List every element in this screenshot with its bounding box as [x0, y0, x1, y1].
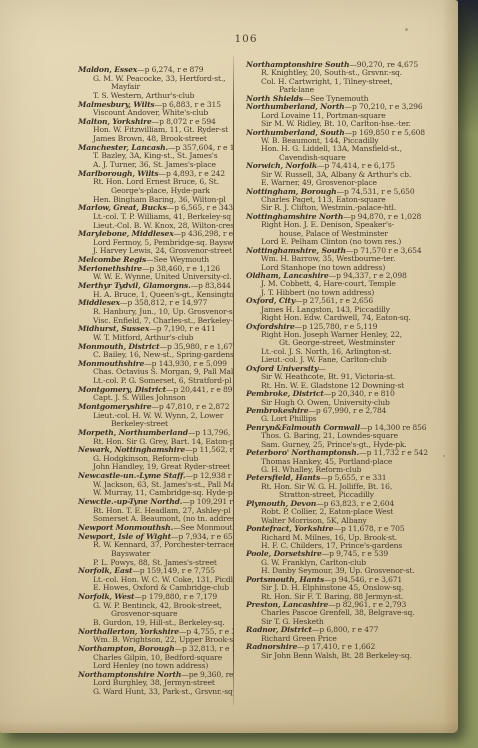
- member-address-line: G. Hodgkinson, Reform-club: [78, 455, 233, 464]
- constituency-stats: —p 20,340, r e 810: [324, 390, 395, 398]
- paper-speck: [443, 455, 445, 457]
- constituency-entry-line: Preston, Lancashire—p 82,961, r e 2,793: [246, 601, 456, 609]
- constituency-name: Oxford, City: [246, 297, 295, 305]
- constituency-stats: —p 159,149, r e 7,755: [132, 567, 215, 575]
- member-address-line: Charles Gilpin, 10, Bedford-square: [78, 654, 233, 663]
- member-address-line: Viscount Andover, White's-club: [78, 109, 233, 118]
- constituency-name: Portsmouth, Hants: [246, 576, 324, 584]
- constituency-stats: —p 35,980, r e 1,676: [160, 343, 234, 351]
- member-address-line: Hen. Bingham Baring, 36, Wilton-pl: [78, 196, 233, 205]
- member-address-line: Lieut.-col. J. W. Fane, Carlton-club: [246, 356, 456, 364]
- constituency-entry-line: Midhurst, Sussex—p 7,190, r e 411: [78, 325, 233, 334]
- member-address-line: C. Bailey, 16, New-st., Spring-gardens: [78, 351, 233, 360]
- member-address-line: Right Hon. Edw. Cardwell, 74, Eaton-sq.: [246, 314, 456, 322]
- member-address-line: Mayfair: [78, 83, 233, 92]
- member-address-line: Rt. Hon. Sir F. T. Baring, 88 Jermyn-st.: [246, 593, 456, 601]
- constituency-stats: —p 20,441, r e 899: [166, 386, 233, 394]
- member-address-line: Somerset A. Beaumont, (no tn. address: [78, 515, 233, 524]
- constituency-name: Oxfordshire: [246, 323, 295, 331]
- member-address-line: George's-place, Hyde-park: [78, 187, 233, 196]
- member-address-line: Rt. Hn. W. E. Gladstone 12 Downing-st: [246, 382, 456, 390]
- member-address-line: Lord Lovaine 11, Portman-square: [246, 112, 456, 120]
- constituency-stats: —p 6,565, r e 343: [167, 204, 233, 212]
- member-address-line: Rt. Hon. Sir G. Grey, Bart. 14, Eaton-pl: [78, 438, 233, 447]
- member-address-line: Bayswater: [78, 550, 233, 559]
- constituency-name: Nottingham, Borough: [246, 188, 337, 196]
- constituency-entry-line: Petersfield, Hants—p 5,655, r e 331: [246, 474, 456, 482]
- constituency-stats: —p 169,850 r e 5,608: [345, 129, 425, 137]
- constituency-stats: —p 94,337, r e 2,098: [329, 272, 407, 280]
- constituency-entry-line: Manchester, Lancash.—p 357,604, r e 18,0…: [78, 144, 233, 153]
- constituency-stats: —p 6,274, r e 879: [137, 66, 203, 74]
- member-address-line: Thomas Hankey, 45, Portland-place: [246, 458, 456, 466]
- member-address-line: H. A. Bruce, 1, Queen's-gt., Kensington: [78, 291, 233, 300]
- constituency-entry-line: Pontefract, Yorkshire—p 11,678, r e 705: [246, 525, 456, 533]
- member-address-line: Hon. H. G. Liddell, 13A, Mansfield-st.,: [246, 145, 456, 153]
- constituency-stats: —p 4,893, r e 242: [159, 170, 225, 178]
- member-address-line: P. L. Powys, 88, St. James's-street: [78, 559, 233, 568]
- constituency-entry-line: North Shields—See Tynemouth: [246, 95, 456, 103]
- constituency-entry-line: Northamptonshire South—90,270, re 4,675: [246, 61, 456, 69]
- member-address-line: Charles Pascoe Grenfell, 38, Belgrave-sq…: [246, 609, 456, 617]
- member-address-line: W. T. Mitford, Arthur's-club: [78, 334, 233, 343]
- constituency-stats: —p 358,812, r e 14,977: [120, 299, 207, 307]
- constituency-name: Plymouth, Devon: [246, 500, 316, 508]
- constituency-stats: —p 11,562, r e 76: [185, 446, 233, 454]
- constituency-stats: —p 13,796, re 39: [188, 429, 233, 437]
- constituency-entry-line: Newport Monmouthsh.—See Monmouth Dis: [78, 524, 233, 533]
- paper-speck: [405, 28, 408, 31]
- constituency-entry-line: Oldham, Lancashire—p 94,337, r e 2,098: [246, 272, 456, 280]
- constituency-name: Newcastle-un.-Lyme Staff.: [78, 472, 185, 480]
- member-address-line: T. S. Western, Arthur's-club: [78, 92, 233, 101]
- constituency-entry-line: Marlborough, Wilts—p 4,893, r e 242: [78, 170, 233, 179]
- member-address-line: T. Bazley, 3A, King-st., St. James's: [78, 152, 233, 161]
- constituency-name: Pontefract, Yorkshire: [246, 525, 334, 533]
- constituency-entry-line: Norfolk, West—p 179,880, r e 7,179: [78, 593, 233, 602]
- constituency-stats: —p 94,546, r e 3,671: [324, 576, 402, 584]
- constituency-stats: —p 74,414, r e 6,175: [317, 162, 395, 170]
- constituency-name: Maldon, Essex: [78, 66, 137, 74]
- constituency-name: Oxford University: [246, 365, 318, 373]
- constituency-stats: —p 7,934, r e 654: [171, 533, 233, 541]
- constituency-name: Norfolk, East: [78, 567, 132, 575]
- member-address-line: Lt.-col. P. G. Somerset, 6, Stratford-pl: [78, 377, 233, 386]
- constituency-stats: —p 9,745, r e 539: [322, 550, 388, 558]
- constituency-name: Malton, Yorkshire: [78, 118, 152, 126]
- constituency-name: Newark, Nottinghamshire: [78, 446, 185, 454]
- constituency-name: Monmouth, District: [78, 343, 160, 351]
- member-address-line: Sir W. Heathcote, Bt. 91, Victoria-st.: [246, 373, 456, 381]
- member-address-line: Sir J. D. H. Elphinstone 45, Onslow-sq.: [246, 584, 456, 592]
- constituency-name: Petersfield, Hants: [246, 474, 320, 482]
- constituency-entry-line: Morpeth, Northumberland—p 13,796, re 39: [78, 429, 233, 438]
- constituency-stats: —p 12,938 r e 99: [185, 472, 233, 480]
- member-address-line: G. M. W. Peacocke, 33, Hertford-st.,: [78, 75, 233, 84]
- member-address-line: Visc. Enfield, 7, Charles-st., Berkeley-…: [78, 317, 233, 326]
- constituency-name: Monmouthshire: [78, 360, 144, 368]
- member-address-line: B. Gurdon, 19, Hill-st., Berkeley-sq.: [78, 619, 233, 628]
- member-address-line: Wm. B. Wrightson, 22, Upper Brook-st: [78, 636, 233, 645]
- member-address-line: Sam. Gurney, 25, Prince's-gt., Hyde-pk.: [246, 441, 456, 449]
- member-address-line: G. W. Franklyn, Carlton-club: [246, 559, 456, 567]
- constituency-entry-line: Northumberland, North—p 70,210, r e 3,29…: [246, 103, 456, 111]
- member-address-line: Charles Paget, 113, Eaton-square: [246, 196, 456, 204]
- member-address-line: Lord Stanhope (no town address): [246, 264, 456, 272]
- directory-column-left: Maldon, Essex—p 6,274, r e 879G. M. W. P…: [78, 66, 233, 697]
- constituency-name: Peterboro' Northamptonsh.: [246, 449, 359, 457]
- constituency-stats: —p 109,291 re 5,96: [182, 498, 233, 506]
- constituency-name: Nottinghamshire, South: [246, 247, 346, 255]
- member-address-line: W. Jackson, 63, St. James's-st., Pall Ma…: [78, 481, 233, 490]
- constituency-stats: —90,270, re 4,675: [349, 61, 418, 69]
- constituency-name: Northallerton, Yorkshire: [78, 628, 179, 636]
- constituency-stats: —p 436,298, r e 20,851: [174, 230, 233, 238]
- member-address-line: W. Murray, 11, Cambridge-sq. Hyde-pk: [78, 489, 233, 498]
- constituency-entry-line: Peterboro' Northamptonsh.—p 11,732 r e 5…: [246, 449, 456, 457]
- member-address-line: W. W. E. Wynne, United University-cl.: [78, 273, 233, 282]
- constituency-entry-line: Norfolk, East—p 159,149, r e 7,755: [78, 567, 233, 576]
- constituency-entry-line: Middlesex—p 358,812, r e 14,977: [78, 299, 233, 308]
- member-address-line: Sir T. G. Hesketh: [246, 618, 456, 626]
- member-address-line: Lt.-col. J. S. North, 16, Arlington-st.: [246, 348, 456, 356]
- constituency-stats: —p 82,961, r e 2,793: [328, 601, 406, 609]
- constituency-entry-line: Newctle.-up-Tyne Northd.—p 109,291 re 5,…: [78, 498, 233, 507]
- member-address-line: Lord Burghley, 38, Jermyn-street: [78, 679, 233, 688]
- constituency-entry-line: Malton, Yorkshire—p 8,072 r e 594: [78, 118, 233, 127]
- constituency-name: Morpeth, Northumberland: [78, 429, 188, 437]
- constituency-name: Merthyr Tydvil, Glamorgns.: [78, 282, 191, 290]
- member-address-line: Sir W. Russell, 3A, Albany & Arthur's cb…: [246, 171, 456, 179]
- constituency-entry-line: Oxfordshire—p 125,780, r e 5,119: [246, 323, 456, 331]
- constituency-entry-line: Penryn&Falmouth Cornwall—p 14,300 re 856: [246, 424, 456, 432]
- constituency-name: Pembroke, District: [246, 390, 324, 398]
- constituency-entry-line: Marylebone, Middlesex—p 436,298, r e 20,…: [78, 230, 233, 239]
- constituency-name: Marylebone, Middlesex: [78, 230, 174, 238]
- constituency-stats: —p 6,800, r e 477: [312, 626, 378, 634]
- constituency-name: Radnor, District: [246, 626, 312, 634]
- constituency-name: Northumberland, North: [246, 103, 345, 111]
- constituency-entry-line: Nottinghamshire North—p 94,870, r e 1,02…: [246, 213, 456, 221]
- member-address-line: Robt. P. Collier, 2, Eaton-place West: [246, 508, 456, 516]
- member-address-line: Berkeley-street: [78, 420, 233, 429]
- constituency-name: Merionethshire: [78, 265, 142, 273]
- constituency-name: Midhurst, Sussex: [78, 325, 149, 333]
- constituency-entry-line: Radnorshire—p 17,410, r e 1,662: [246, 643, 456, 651]
- constituency-entry-line: Maldon, Essex—p 6,274, r e 879: [78, 66, 233, 75]
- constituency-name: Penryn&Falmouth Cornwall: [246, 424, 360, 432]
- constituency-stats: —p 5,655, r e 331: [320, 474, 386, 482]
- constituency-entry-line: Portsmouth, Hants—p 94,546, r e 3,671: [246, 576, 456, 584]
- constituency-entry-line: Newark, Nottinghamshire—p 11,562, r e 76: [78, 446, 233, 455]
- member-address-line: Lieut.-Col. B. W. Knox, 28, Wilton-cres: [78, 222, 233, 231]
- constituency-name: Middlesex: [78, 299, 120, 307]
- constituency-entry-line: Monmouthshire—p 143,930, r e 5,099: [78, 360, 233, 369]
- constituency-name: Norwich, Norfolk: [246, 162, 317, 170]
- constituency-entry-line: Northamptonshire North—pe 9,360, re 3,80: [78, 671, 233, 680]
- scanned-book-photo: { "page": { "number": "106", "paper_colo…: [0, 0, 478, 748]
- member-address-line: Stratton-street, Piccadilly: [246, 491, 456, 499]
- constituency-entry-line: Merionethshire—p 38,460, r e 1,126: [78, 265, 233, 274]
- member-address-line: R. Knightley, 20, South-st., Grsvnr.-sq.: [246, 69, 456, 77]
- constituency-stats: —p 357,604, r e 18,044: [168, 144, 233, 152]
- constituency-stats: —See Weymouth: [146, 256, 209, 264]
- member-address-line: W. B. Beaumont, 144, Piccadilly: [246, 137, 456, 145]
- book-page: 106 Maldon, Essex—p 6,274, r e 879G. M. …: [0, 0, 458, 733]
- constituency-entry-line: Northampton, Borough—p 32,813, r e 1,77: [78, 645, 233, 654]
- member-address-line: Right Hon. J. E. Denison, Speaker's-: [246, 221, 456, 229]
- member-address-line: Lord E. Pelham Clinton (no town res.): [246, 238, 456, 246]
- constituency-entry-line: Oxford University—: [246, 365, 456, 373]
- constituency-name: Northumberland, South: [246, 129, 345, 137]
- member-address-line: Park-lane: [246, 86, 456, 94]
- constituency-entry-line: Montgomery, District—p 20,441, r e 899: [78, 386, 233, 395]
- member-address-line: house, Palace of Westminster: [246, 230, 456, 238]
- constituency-name: Montgomeryshire: [78, 403, 151, 411]
- member-address-line: James H. Langston, 143, Piccadilly: [246, 306, 456, 314]
- constituency-entry-line: Marlow, Great, Bucks—p 6,565, r e 343: [78, 204, 233, 213]
- member-address-line: Sir John Benn Walsh, Bt. 28 Berkeley-sq.: [246, 652, 456, 660]
- constituency-stats: —p 71,570 r e 3,654: [346, 247, 422, 255]
- constituency-stats: —pe 9,360, re 3,80: [181, 671, 233, 679]
- constituency-entry-line: Malmesbury, Wilts—p 6,883, r e 315: [78, 101, 233, 110]
- member-address-line: G. H. Whalley, Reform-club: [246, 466, 456, 474]
- constituency-stats: —p 125,780, r e 5,119: [295, 323, 378, 331]
- constituency-name: Marlow, Great, Bucks: [78, 204, 167, 212]
- constituency-stats: —p 38,460, r e 1,126: [142, 265, 220, 273]
- member-address-line: James Brown, 48, Brook-street: [78, 135, 233, 144]
- member-address-line: Richard Green Price: [246, 635, 456, 643]
- member-address-line: Wm. H. Barrow, 35, Westbourne-ter.: [246, 255, 456, 263]
- member-address-line: John Handley, 19, Great Ryder-street: [78, 463, 233, 472]
- member-address-line: Thos. G. Baring, 21, Lowndes-square: [246, 432, 456, 440]
- member-address-line: J. Harvey Lewis, 24, Grosvenor-street: [78, 247, 233, 256]
- constituency-entry-line: Monmouth, District—p 35,980, r e 1,676: [78, 343, 233, 352]
- constituency-name: Manchester, Lancash.: [78, 144, 168, 152]
- member-address-line: Sir M. W. Ridley, Bt. 10, Carlton-hse.-t…: [246, 120, 456, 128]
- constituency-stats: —p 179,880, r e 7,179: [134, 593, 217, 601]
- constituency-name: Newctle.-up-Tyne Northd.: [78, 498, 182, 506]
- constituency-stats: —p 11,732 r e 542: [359, 449, 428, 457]
- constituency-entry-line: Radnor, District—p 6,800, r e 477: [246, 626, 456, 634]
- constituency-stats: —p 83,844 re 1,263: [191, 282, 233, 290]
- member-address-line: E. Warner, 49, Grosvenor-place: [246, 179, 456, 187]
- member-address-line: R. Hanbury, Jun., 10, Up. Grosvenor-st.: [78, 308, 233, 317]
- constituency-stats: —p 70,210, r e 3,296: [345, 103, 423, 111]
- constituency-entry-line: Nottingham, Borough—p 74,531, r e 5,650: [246, 188, 456, 196]
- constituency-stats: —p 11,678, r e 705: [334, 525, 405, 533]
- constituency-name: Northamptonshire North: [78, 671, 181, 679]
- member-address-line: Sir Hugh O. Owen, University-club: [246, 399, 456, 407]
- constituency-stats: —p 74,531, r e 5,650: [337, 188, 415, 196]
- member-address-line: Rt. Hon. Sir W. G. H. Jolliffe, Bt. 16,: [246, 483, 456, 491]
- page-number: 106: [226, 33, 266, 45]
- constituency-stats: —p 143,930, r e 5,099: [144, 360, 227, 368]
- constituency-name: Montgomery, District: [78, 386, 166, 394]
- member-address-line: R. W. Kennard, 37, Porchester-terrace,: [78, 541, 233, 550]
- constituency-name: Marlborough, Wilts: [78, 170, 159, 178]
- constituency-stats: —p 47,810, r e 2,872: [151, 403, 229, 411]
- constituency-stats: —p 17,410, r e 1,662: [297, 643, 375, 651]
- member-address-line: H. Danby Seymour, 39, Up. Grosvenor-st.: [246, 567, 456, 575]
- constituency-name: Newport, Isle of Wight: [78, 533, 171, 541]
- constituency-name: Preston, Lancashire: [246, 601, 328, 609]
- column-divider-rule: [233, 56, 234, 706]
- constituency-stats: —p 27,561, r e 2,656: [295, 297, 373, 305]
- constituency-stats: —p 63,823, r e 2,604: [316, 500, 394, 508]
- constituency-stats: —p 32,813, r e 1,77: [175, 645, 233, 653]
- constituency-entry-line: Nottinghamshire, South—p 71,570 r e 3,65…: [246, 247, 456, 255]
- constituency-name: Malmesbury, Wilts: [78, 101, 155, 109]
- member-address-line: Lt.-col. T. P. Williams, 41, Berkeley-sq: [78, 213, 233, 222]
- constituency-entry-line: Poole, Dorsetshire—p 9,745, r e 539: [246, 550, 456, 558]
- constituency-name: Oldham, Lancashire: [246, 272, 329, 280]
- member-address-line: Lieut.-col. H. W. W. Wynn, 2, Lower: [78, 412, 233, 421]
- member-address-line: Grosvenor-square: [78, 610, 233, 619]
- constituency-name: Pembrokeshire: [246, 407, 308, 415]
- constituency-name: Northampton, Borough: [78, 645, 175, 653]
- constituency-stats: —p 8,072 r e 594: [152, 118, 216, 126]
- member-address-line: G. W. P. Bentinck, 42, Brook-street,: [78, 602, 233, 611]
- constituency-stats: —See Tynemouth: [303, 95, 368, 103]
- constituency-name: Norfolk, West: [78, 593, 134, 601]
- constituency-entry-line: Norwich, Norfolk—p 74,414, r e 6,175: [246, 162, 456, 170]
- member-address-line: Walter Morrison, 5K, Albany: [246, 517, 456, 525]
- member-address-line: Chas. Octavius S. Morgan, 9, Pall Mal: [78, 368, 233, 377]
- constituency-entry-line: Newport, Isle of Wight—p 7,934, r e 654: [78, 533, 233, 542]
- constituency-entry-line: Merthyr Tydvil, Glamorgns.—p 83,844 re 1…: [78, 282, 233, 291]
- member-address-line: Rt. Hon. Lord Ernest Bruce, 6, St.: [78, 178, 233, 187]
- constituency-stats: —p 7,190, r e 411: [149, 325, 215, 333]
- constituency-name: Poole, Dorsetshire: [246, 550, 322, 558]
- member-address-line: J. M. Cobbett, 4, Hare-court, Temple: [246, 280, 456, 288]
- constituency-name: Radnorshire: [246, 643, 297, 651]
- member-address-line: Col. H. Cartwright, 1, Tilney-street,: [246, 78, 456, 86]
- member-address-line: Sir R. J. Clifton, Westmin.-palace-htl.: [246, 204, 456, 212]
- member-address-line: G. Lort Phillips: [246, 415, 456, 423]
- member-address-line: Hon. W. Fitzwilliam, 11, Gt. Ryder-st: [78, 126, 233, 135]
- constituency-name: Nottinghamshire North: [246, 213, 343, 221]
- member-address-line: E. Howes, Oxford & Cambridge-club: [78, 584, 233, 593]
- constituency-entry-line: Newcastle-un.-Lyme Staff.—p 12,938 r e 9…: [78, 472, 233, 481]
- constituency-entry-line: Northumberland, South—p 169,850 r e 5,60…: [246, 129, 456, 137]
- constituency-stats: —See Monmouth Dis: [173, 524, 233, 532]
- constituency-entry-line: Oxford, City—p 27,561, r e 2,656: [246, 297, 456, 305]
- member-address-line: Right Hon. Joseph Warner Henley, 22,: [246, 331, 456, 339]
- constituency-name: Newport Monmouthsh.: [78, 524, 173, 532]
- constituency-entry-line: Pembrokeshire—p 67,990, r e 2,784: [246, 407, 456, 415]
- constituency-name: Northamptonshire South: [246, 61, 349, 69]
- constituency-stats: —p 67,990, r e 2,784: [308, 407, 386, 415]
- constituency-entry-line: Melcombe Regis—See Weymouth: [78, 256, 233, 265]
- constituency-stats: —: [318, 365, 325, 373]
- constituency-name: North Shields: [246, 95, 303, 103]
- member-address-line: Rt. Hon. T. E. Headlam, 27, Ashley-pl: [78, 507, 233, 516]
- member-address-line: J. T. Hibbert (no town address): [246, 289, 456, 297]
- constituency-stats: —p 94,870, r e 1,028: [343, 213, 421, 221]
- constituency-name: Melcombe Regis: [78, 256, 146, 264]
- member-address-line: A. J. Turner, 36, St. James's-place: [78, 161, 233, 170]
- member-address-line: H. F. C. Childers, 17, Prince's-gardens: [246, 542, 456, 550]
- member-address-line: G. Ward Hunt, 33, Park-st., Grsvnr.-sq: [78, 688, 233, 697]
- member-address-line: Lt.-col. Hon. W. C. W. Coke, 131, Picdly…: [78, 576, 233, 585]
- constituency-entry-line: Montgomeryshire—p 47,810, r e 2,872: [78, 403, 233, 412]
- member-address-line: Lord Henley (no town address): [78, 662, 233, 671]
- constituency-entry-line: Pembroke, District—p 20,340, r e 810: [246, 390, 456, 398]
- constituency-entry-line: Plymouth, Devon—p 63,823, r e 2,604: [246, 500, 456, 508]
- member-address-line: Capt. J. S. Willes Johnson: [78, 394, 233, 403]
- member-address-line: Lord Fermoy, 5, Pembridge-sq. Bayswatr.: [78, 239, 233, 248]
- member-address-line: Richard M. Milnes, 16, Up. Brook-st.: [246, 534, 456, 542]
- constituency-stats: —p 14,300 re 856: [360, 424, 427, 432]
- constituency-stats: —p 6,883, r e 315: [155, 101, 221, 109]
- constituency-entry-line: Northallerton, Yorkshire—p 4,755, r e 37…: [78, 628, 233, 637]
- member-address-line: Gt. George-street, Westminster: [246, 339, 456, 347]
- directory-column-right: Northamptonshire South—90,270, re 4,675R…: [246, 61, 456, 660]
- member-address-line: Cavendish-square: [246, 154, 456, 162]
- constituency-stats: —p 4,755, r e 372: [179, 628, 233, 636]
